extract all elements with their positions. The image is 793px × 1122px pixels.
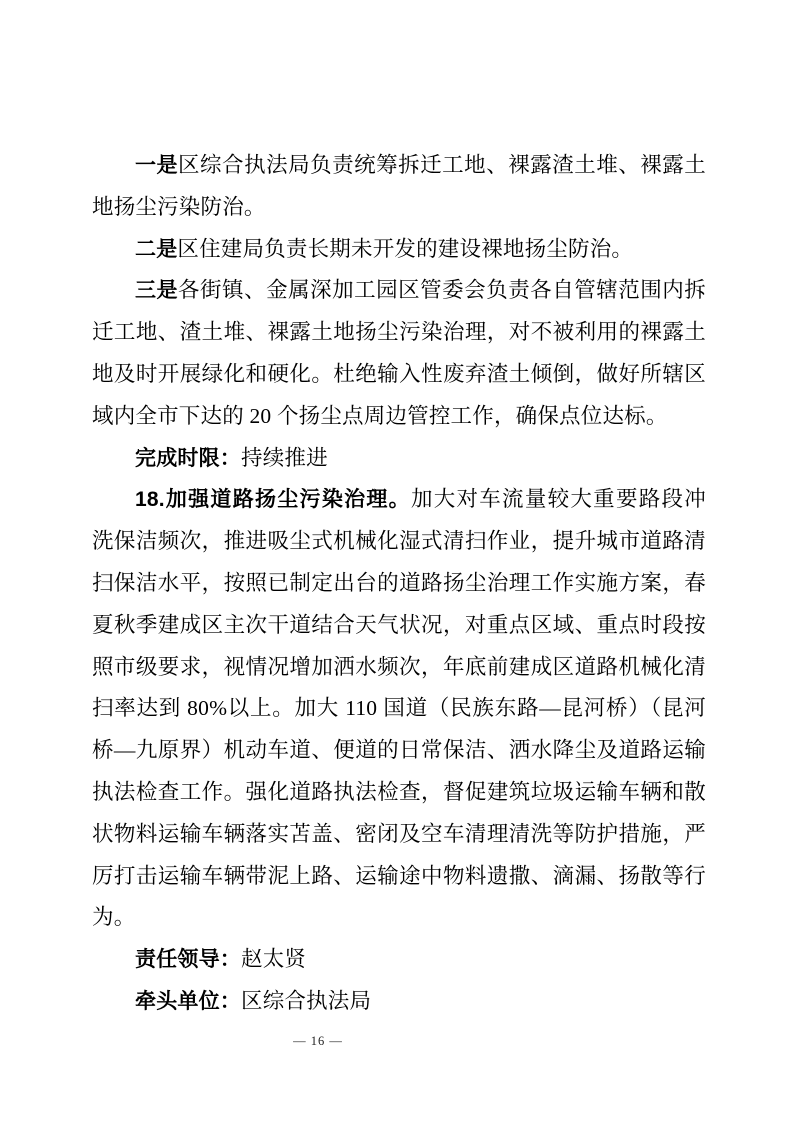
text-line: 完成时限：持续推进 — [92, 438, 706, 480]
text-line: 责任领导：赵太贤 — [92, 939, 706, 981]
text-segment: 区综合执法局 — [241, 989, 371, 1013]
text-segment: 域内全市下达的 20 个扬尘点周边管控工作，确保点位达标。 — [92, 404, 668, 428]
text-line: 牵头单位：区综合执法局 — [92, 981, 706, 1023]
bold-text-segment: 牵头单位： — [135, 990, 241, 1013]
text-segment: 地扬尘污染防治。 — [92, 195, 266, 219]
text-segment: 厉打击运输车辆带泥上路、运输途中物料遗撒、滴漏、扬散等行 — [92, 864, 706, 888]
text-line: 照市级要求，视情况增加洒水频次，年底前建成区道路机械化清 — [92, 647, 706, 689]
text-line: 夏秋季建成区主次干道结合天气状况，对重点区域、重点时段按 — [92, 605, 706, 647]
text-line: 执法检查工作。强化道路执法检查，督促建筑垃圾运输车辆和散 — [92, 772, 706, 814]
text-segment: 扫保洁水平，按照已制定出台的道路扬尘治理工作实施方案，春 — [92, 571, 706, 595]
text-segment: 各街镇、金属深加工园区管委会负责各自管辖范围内拆 — [178, 278, 706, 302]
bold-text-segment: 一是 — [135, 154, 178, 177]
text-line: 状物料运输车辆落实苫盖、密闭及空车清理清洗等防护措施，严 — [92, 814, 706, 856]
text-segment: 迁工地、渣土堆、裸露土地扬尘污染治理，对不被利用的裸露土 — [92, 320, 706, 344]
bold-text-segment: 三是 — [135, 279, 178, 302]
text-segment: 照市级要求，视情况增加洒水频次，年底前建成区道路机械化清 — [92, 655, 706, 679]
text-line: 迁工地、渣土堆、裸露土地扬尘污染治理，对不被利用的裸露土 — [92, 312, 706, 354]
document-page: 一是区综合执法局负责统筹拆迁工地、裸露渣土堆、裸露土地扬尘污染防治。二是区住建局… — [0, 0, 793, 1122]
document-body: 一是区综合执法局负责统筹拆迁工地、裸露渣土堆、裸露土地扬尘污染防治。二是区住建局… — [92, 145, 706, 1023]
text-segment: 扫率达到 80%以上。加大 110 国道（民族东路—昆河桥）（昆河 — [92, 696, 706, 720]
text-line: 为。 — [92, 897, 706, 939]
page-number-footer: — 16 — — [0, 1034, 636, 1049]
text-segment: 区住建局负责长期未开发的建设裸地扬尘防治。 — [177, 237, 633, 261]
text-segment: 洗保洁频次，推进吸尘式机械化湿式清扫作业，提升城市道路清 — [92, 529, 706, 553]
text-line: 三是各街镇、金属深加工园区管委会负责各自管辖范围内拆 — [92, 270, 706, 312]
bold-text-segment: 责任领导： — [135, 948, 241, 971]
text-line: 洗保洁频次，推进吸尘式机械化湿式清扫作业，提升城市道路清 — [92, 521, 706, 563]
bold-text-segment: 完成时限： — [135, 447, 241, 470]
text-segment: 地及时开展绿化和硬化。杜绝输入性废弃渣土倾倒，做好所辖区 — [92, 362, 706, 386]
text-line: 二是区住建局负责长期未开发的建设裸地扬尘防治。 — [92, 229, 706, 271]
text-line: 地及时开展绿化和硬化。杜绝输入性废弃渣土倾倒，做好所辖区 — [92, 354, 706, 396]
text-segment: 区综合执法局负责统筹拆迁工地、裸露渣土堆、裸露土 — [178, 153, 706, 177]
text-line: 厉打击运输车辆带泥上路、运输途中物料遗撒、滴漏、扬散等行 — [92, 856, 706, 898]
text-line: 扫率达到 80%以上。加大 110 国道（民族东路—昆河桥）（昆河 — [92, 688, 706, 730]
text-segment: 执法检查工作。强化道路执法检查，督促建筑垃圾运输车辆和散 — [92, 780, 706, 804]
text-segment: 持续推进 — [241, 446, 328, 470]
bold-text-segment: 18.加强道路扬尘污染治理。 — [135, 488, 411, 511]
text-segment: 桥—九原界）机动车道、便道的日常保洁、洒水降尘及道路运输 — [92, 738, 706, 762]
text-segment: 加大对车流量较大重要路段冲 — [411, 487, 706, 511]
text-segment: 状物料运输车辆落实苫盖、密闭及空车清理清洗等防护措施，严 — [92, 822, 706, 846]
text-segment: 赵太贤 — [241, 947, 306, 971]
text-line: 域内全市下达的 20 个扬尘点周边管控工作，确保点位达标。 — [92, 396, 706, 438]
text-segment: 夏秋季建成区主次干道结合天气状况，对重点区域、重点时段按 — [92, 613, 706, 637]
text-line: 地扬尘污染防治。 — [92, 187, 706, 229]
bold-text-segment: 二是 — [135, 238, 177, 261]
text-line: 18.加强道路扬尘污染治理。加大对车流量较大重要路段冲 — [92, 479, 706, 521]
text-segment: 为。 — [92, 905, 135, 929]
text-line: 桥—九原界）机动车道、便道的日常保洁、洒水降尘及道路运输 — [92, 730, 706, 772]
text-line: 扫保洁水平，按照已制定出台的道路扬尘治理工作实施方案，春 — [92, 563, 706, 605]
text-line: 一是区综合执法局负责统筹拆迁工地、裸露渣土堆、裸露土 — [92, 145, 706, 187]
